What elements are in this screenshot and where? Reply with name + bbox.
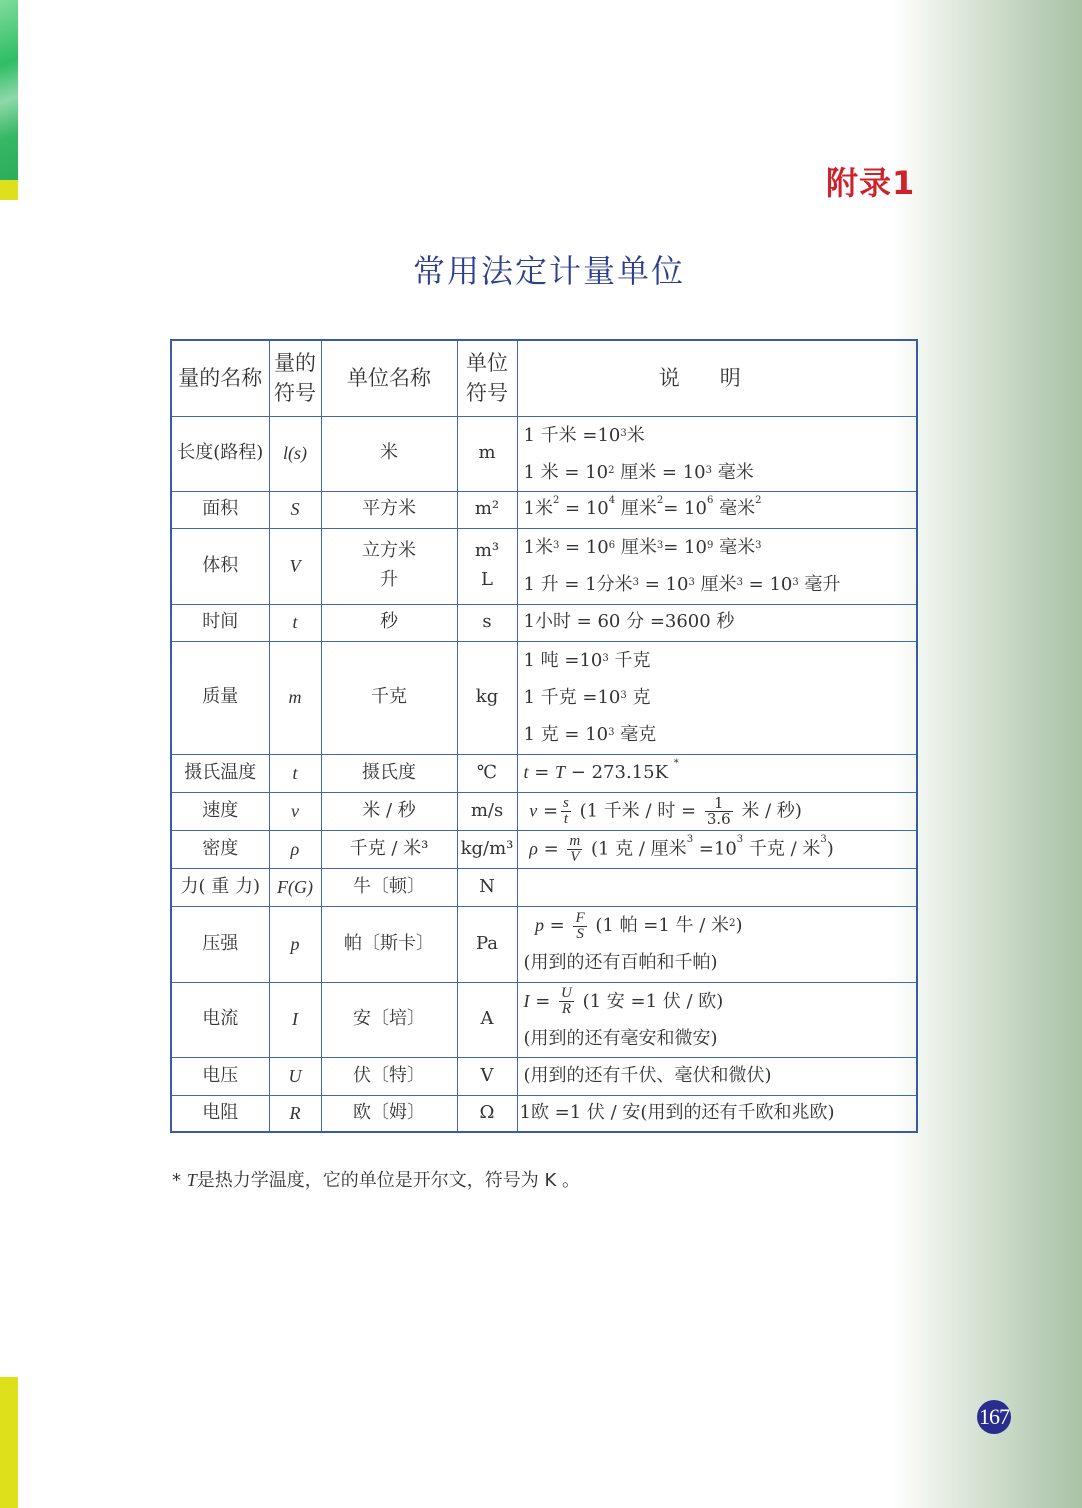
quantity-symbol: m [269,641,321,754]
text: L [481,569,493,590]
description-line: 1 千克 =103 克 [524,679,917,716]
unit-symbol: m³L [457,528,517,604]
text: (1 千米 / 时 = [574,800,702,821]
fraction: 13.6 [705,796,733,827]
units-table: 量的名称 量的符号 单位名称 单位符号 说明 长度(路程) l(s) 米 m 1… [170,339,918,1133]
description: 1小时 = 60 分 =3600 秒 [517,604,917,641]
text: 千克 / 米 [743,838,820,859]
superscript: 2 [755,495,761,506]
superscript: 2 [553,495,559,506]
table-row: 摄氏温度 t 摄氏度 ℃ t = T − 273.15K * [171,754,917,792]
superscript: 3 [737,834,743,845]
quantity-name: 密度 [171,830,269,868]
text: =10 [693,838,737,859]
text: 1 米 = 10 [524,462,609,483]
description: ρ = mV (1 克 / 厘米3 =103 千克 / 米3) [517,830,917,868]
text: 米 [627,425,645,446]
numerator: m [567,834,582,850]
fraction: UR [559,986,574,1017]
description-line: 1 吨 =103 千克 [524,642,917,679]
unit-symbol: Pa [457,906,517,982]
description: t = T − 273.15K * [517,754,917,792]
superscript: 3 [608,727,614,738]
table-row: 电阻 R 欧〔姆〕 Ω 1欧 =1 伏 / 安(用到的还有千欧和兆欧) [171,1095,917,1132]
description: 1 千米 =103米 1 米 = 102 厘米 = 103 毫米 [517,416,917,491]
table-row: 时间 t 秒 s 1小时 = 60 分 =3600 秒 [171,604,917,641]
fraction: mV [567,834,582,865]
text: 厘米 [695,574,737,595]
text: ) [827,838,834,859]
quantity-name: 速度 [171,792,269,830]
quantity-symbol: p [269,906,321,982]
unit-name: 米 / 秒 [321,792,457,830]
superscript: 2 [729,918,735,929]
superscript: 3 [820,834,826,845]
text: 1 千米 =10 [524,425,621,446]
text: = 10 [663,537,707,558]
superscript: 2 [657,495,663,506]
description-line: 1 米 = 102 厘米 = 103 毫米 [524,454,917,491]
text: = [529,762,556,783]
header-text: 单位 [466,351,508,375]
unit-name: 平方米 [321,491,457,528]
superscript: 9 [707,540,713,551]
description-line: 1 升 = 1分米3 = 103 厘米3 = 103 毫升 [524,566,917,603]
text: 千克 [609,650,651,671]
text: 厘米 [615,537,657,558]
text: 1米 [524,498,553,519]
table-row: 面积 S 平方米 m² 1米2 = 104 厘米2= 106 毫米2 [171,491,917,528]
text: = [537,800,558,821]
appendix-label: 附录1 [826,158,915,204]
quantity-symbol: S [269,491,321,528]
quantity-name: 摄氏温度 [171,754,269,792]
description: I = UR (1 安 =1 伏 / 欧) (用到的还有毫安和微安) [517,982,917,1057]
text: = 10 [639,574,688,595]
header-text: 量的 [274,351,316,375]
quantity-name: 电阻 [171,1095,269,1132]
denominator: S [573,927,586,942]
text: 1米 [524,537,553,558]
text: ) [735,915,742,936]
footnote-marker: * [674,758,679,769]
description-line: (用到的还有毫安和微安) [524,1020,917,1057]
text: 1 克 = 10 [524,724,609,745]
text: 米 / 秒) [736,800,802,821]
superscript: 3 [792,577,798,588]
unit-symbol: V [457,1057,517,1095]
unit-name: 欧〔姆〕 [321,1095,457,1132]
quantity-name: 面积 [171,491,269,528]
quantity-name: 体积 [171,528,269,604]
superscript: 3 [633,577,639,588]
description: p = FS (1 帕 =1 牛 / 米2) (用到的还有百帕和千帕) [517,906,917,982]
unit-name: 立方米升 [321,528,457,604]
superscript: 3 [620,690,626,701]
quantity-name: 质量 [171,641,269,754]
text: = [538,838,565,859]
quantity-name: 长度(路程) [171,416,269,491]
superscript: 3 [553,540,559,551]
text: 克 [627,687,651,708]
quantity-symbol: t [269,604,321,641]
table-row: 电压 U 伏〔特〕 V (用到的还有千伏、毫伏和微伏) [171,1057,917,1095]
denominator: R [559,1002,574,1017]
symbol: T [187,1170,197,1190]
fraction: st [561,796,571,827]
description: 1 吨 =103 千克 1 千克 =103 克 1 克 = 103 毫克 [517,641,917,754]
footnote-marker: * [172,1170,187,1191]
description-line: 1 千米 =103米 [524,417,917,454]
superscript: 3 [620,428,626,439]
text: 毫升 [799,574,841,595]
superscript: 3 [706,465,712,476]
text: 毫米 [713,498,755,519]
unit-symbol: N [457,868,517,906]
quantity-symbol: U [269,1057,321,1095]
superscript: 6 [609,540,615,551]
unit-symbol: kg/m³ [457,830,517,868]
unit-name: 秒 [321,604,457,641]
header-unit-name: 单位名称 [321,340,457,416]
unit-name: 牛〔顿〕 [321,868,457,906]
text: − 273.15K [565,762,674,783]
superscript: 3 [687,834,693,845]
text: 1 吨 =10 [524,650,603,671]
text: 1 千克 =10 [524,687,621,708]
footnote: * T是热力学温度，它的单位是开尔文，符号为 K 。 [172,1166,580,1192]
text: = 10 [559,537,608,558]
unit-name: 帕〔斯卡〕 [321,906,457,982]
description: 1米3 = 106 厘米3= 109 毫米3 1 升 = 1分米3 = 103 … [517,528,917,604]
unit-name: 伏〔特〕 [321,1057,457,1095]
superscript: 3 [657,540,663,551]
denominator: 3.6 [705,812,733,827]
text: 毫米 [712,462,754,483]
table-row: 体积 V 立方米升 m³L 1米3 = 106 厘米3= 109 毫米3 1 升… [171,528,917,604]
quantity-name: 电压 [171,1057,269,1095]
decorative-right-band [892,0,1082,1508]
superscript: 3 [737,577,743,588]
description-line: I = UR (1 安 =1 伏 / 欧) [524,983,917,1020]
text: = 10 [559,498,608,519]
superscript: 4 [609,495,615,506]
description: 1欧 =1 伏 / 安(用到的还有千欧和兆欧) [517,1095,917,1132]
header-quantity-name: 量的名称 [171,340,269,416]
superscript: 2 [608,465,614,476]
text: (1 帕 =1 牛 / 米 [590,915,729,936]
unit-symbol: m/s [457,792,517,830]
table-row: 力( 重 力) F(G) 牛〔顿〕 N [171,868,917,906]
decorative-left-yellow-strip-bottom [0,1377,18,1508]
text: 千克 / 米³ [350,838,429,859]
unit-symbol: Ω [457,1095,517,1132]
description: v =st (1 千米 / 时 = 13.6 米 / 秒) [517,792,917,830]
unit-symbol: s [457,604,517,641]
text: 立方米 [362,540,416,561]
text: (1 安 =1 伏 / 欧) [577,991,723,1012]
quantity-name: 压强 [171,906,269,982]
text: = [544,915,571,936]
unit-symbol: ℃ [457,754,517,792]
symbol: p [535,915,544,935]
unit-symbol: m [457,416,517,491]
text: 1 升 = 1分米 [524,574,633,595]
description-line: 1 克 = 103 毫克 [524,716,917,753]
superscript: 6 [707,495,713,506]
description-line: p = FS (1 帕 =1 牛 / 米2) [524,907,917,944]
text: = 10 [743,574,792,595]
table-row: 长度(路程) l(s) 米 m 1 千米 =103米 1 米 = 102 厘米 … [171,416,917,491]
text: 毫克 [614,724,656,745]
page-title: 常用法定计量单位 [0,246,1082,292]
table-row: 压强 p 帕〔斯卡〕 Pa p = FS (1 帕 =1 牛 / 米2) (用到… [171,906,917,982]
table-row: 电流 I 安〔培〕 A I = UR (1 安 =1 伏 / 欧) (用到的还有… [171,982,917,1057]
quantity-symbol: ρ [269,830,321,868]
decorative-left-green-strip [0,0,18,180]
table-row: 密度 ρ 千克 / 米³ kg/m³ ρ = mV (1 克 / 厘米3 =10… [171,830,917,868]
quantity-symbol: F(G) [269,868,321,906]
quantity-symbol: I [269,982,321,1057]
description-line: (用到的还有百帕和千帕) [524,944,917,981]
quantity-symbol: t [269,754,321,792]
superscript: 3 [688,577,694,588]
quantity-name: 电流 [171,982,269,1057]
text: = 10 [663,498,707,519]
superscript: 3 [602,653,608,664]
units-table-container: 量的名称 量的符号 单位名称 单位符号 说明 长度(路程) l(s) 米 m 1… [170,339,916,1133]
header-quantity-symbol: 量的符号 [269,340,321,416]
unit-name: 安〔培〕 [321,982,457,1057]
description-line: 1米3 = 106 厘米3= 109 毫米3 [524,529,917,566]
description [517,868,917,906]
header-description: 说明 [517,340,917,416]
unit-name: 摄氏度 [321,754,457,792]
fraction: FS [573,911,586,942]
symbol: ρ [529,838,538,858]
unit-symbol: kg [457,641,517,754]
unit-symbol: A [457,982,517,1057]
header-text: 符号 [466,381,508,405]
denominator: t [561,812,571,827]
description: 1米2 = 104 厘米2= 106 毫米2 [517,491,917,528]
unit-name: 千克 / 米³ [321,830,457,868]
symbol: T [555,762,565,782]
quantity-symbol: l(s) [269,416,321,491]
header-unit-symbol: 单位符号 [457,340,517,416]
page-number-badge: 167 [977,1400,1011,1434]
table-row: 质量 m 千克 kg 1 吨 =103 千克 1 千克 =103 克 1 克 =… [171,641,917,754]
text: 毫米 [713,537,755,558]
quantity-name: 时间 [171,604,269,641]
unit-symbol: m² [457,491,517,528]
text: = [530,991,557,1012]
header-text: 符号 [274,381,316,405]
description: (用到的还有千伏、毫伏和微伏) [517,1057,917,1095]
decorative-left-yellow-strip-top [0,180,18,200]
footnote-text: 是热力学温度，它的单位是开尔文，符号为 K 。 [197,1170,580,1191]
table-row: 速度 v 米 / 秒 m/s v =st (1 千米 / 时 = 13.6 米 … [171,792,917,830]
text: 厘米 [615,498,657,519]
quantity-symbol: v [269,792,321,830]
text: (1 克 / 厘米 [585,838,686,859]
quantity-symbol: V [269,528,321,604]
unit-name: 千克 [321,641,457,754]
unit-name: 米 [321,416,457,491]
denominator: V [567,850,582,865]
text: m³ [475,540,499,561]
numerator: F [573,911,586,927]
numerator: s [561,796,571,812]
text: 升 [380,569,398,590]
numerator: U [559,986,574,1002]
superscript: 3 [755,540,761,551]
quantity-symbol: R [269,1095,321,1132]
text: 厘米 = 10 [614,462,705,483]
table-header-row: 量的名称 量的符号 单位名称 单位符号 说明 [171,340,917,416]
quantity-name: 力( 重 力) [171,868,269,906]
